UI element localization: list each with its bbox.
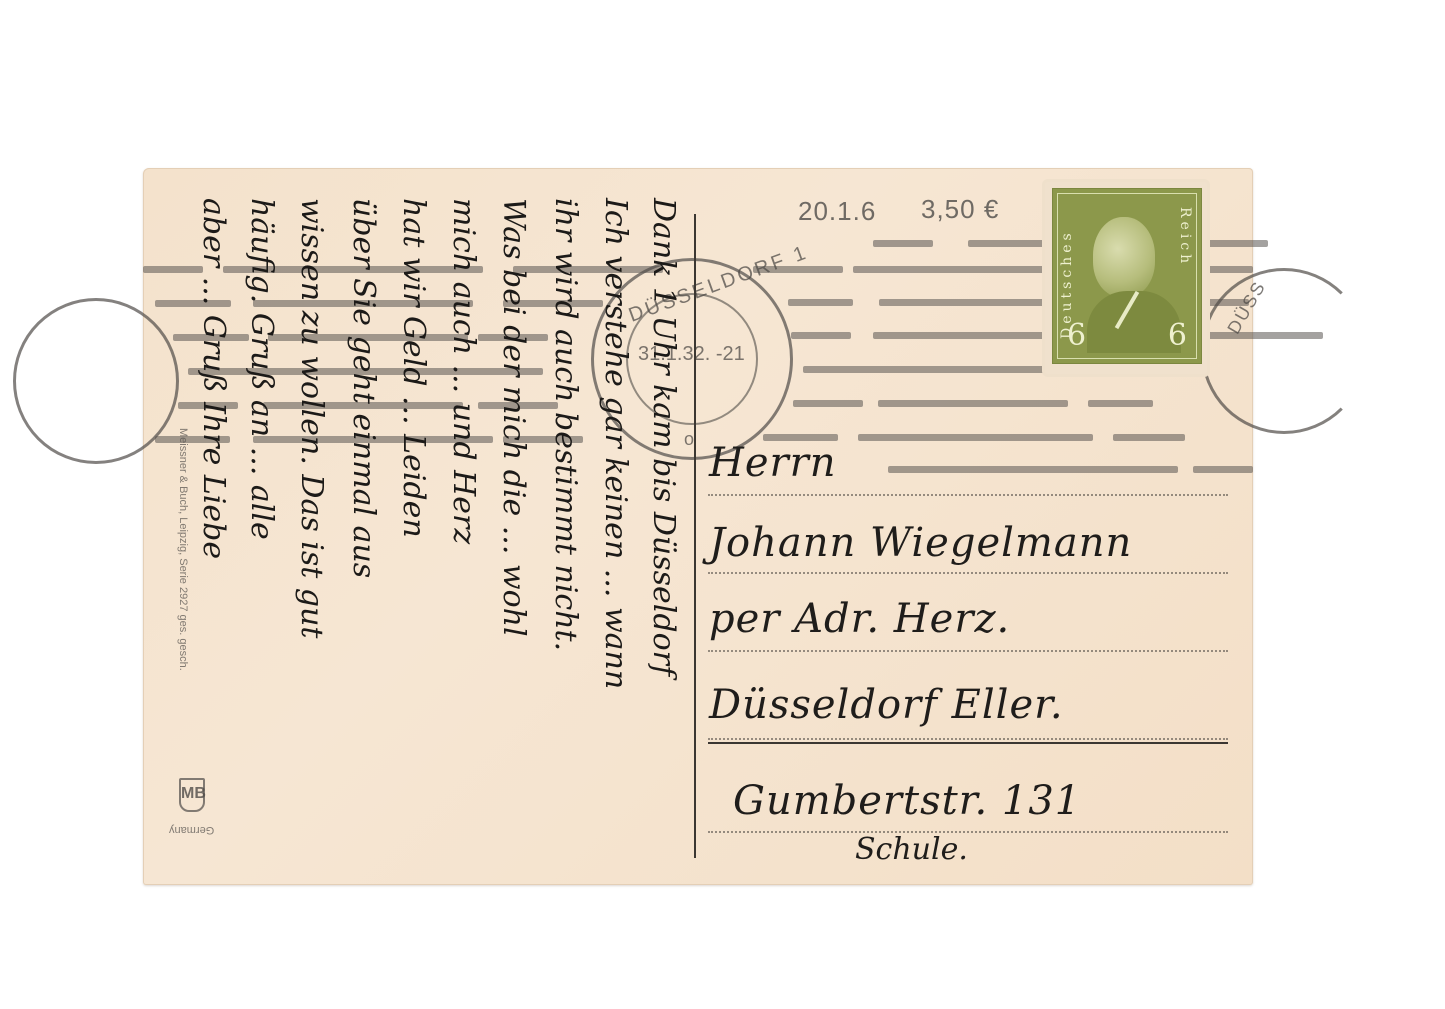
address-care-of: per Adr. Herz. (709, 596, 1010, 642)
stamp-value-left: 6 (1067, 318, 1086, 353)
imprint-country: Germany (169, 824, 214, 836)
postmark-right-partial: DÜSS (1201, 268, 1367, 434)
address-name: Johann Wiegelmann (709, 520, 1132, 566)
message-column: Ich verstehe gar keinen ... wann (598, 198, 633, 689)
stamp-portrait-icon (1093, 217, 1155, 297)
pencil-price: 3,50 € (921, 194, 999, 225)
message-column: wissen zu wollen. Das ist gut (294, 198, 329, 638)
publisher-logo-icon: MB (179, 778, 205, 812)
postmark-left-partial (13, 298, 179, 464)
message-column: ihr wird auch bestimmt nicht. (548, 198, 583, 651)
publisher-imprint: Meissner & Buch, Leipzig, Serie 2927 ges… (177, 428, 189, 671)
address-extra: Schule. (855, 832, 968, 867)
address-line-3 (708, 650, 1228, 652)
postmark-code: o (684, 429, 694, 450)
center-divider (694, 214, 696, 858)
pencil-code: 20.1.6 (798, 196, 876, 227)
address-line-1 (708, 494, 1228, 496)
message-column: mich auch ... und Herz (446, 198, 481, 544)
message-column: hat wir Geld ... Leiden (396, 198, 431, 538)
message-column: Was bei der mich die ... wohl (496, 198, 531, 637)
message-column: Dank 1 Uhr kam bis Düsseldorf (646, 198, 681, 676)
message-column: häufig. Gruß an ... alle (244, 198, 279, 540)
address-line-4 (708, 738, 1228, 740)
postcard: DÜSSELDORF 1 31.1.32. -21 o DÜSS 20.1.6 … (143, 168, 1253, 885)
message-column: aber ... Gruß Ihre Liebe (196, 198, 231, 559)
address-line-2 (708, 572, 1228, 574)
stamp-country-right: Reich (1177, 207, 1193, 267)
address-line-4-solid (708, 742, 1228, 744)
address-street: Gumbertstr. 131 (733, 778, 1081, 824)
stamp-value-right: 6 (1168, 318, 1187, 353)
message-column: über Sie geht einmal aus (346, 198, 381, 578)
postage-stamp: Deutsches Reich 6 6 (1052, 188, 1202, 364)
address-city: Düsseldorf Eller. (709, 682, 1064, 728)
postmark-right-city: DÜSS (1223, 277, 1270, 338)
address-line-5 (708, 831, 1228, 833)
address-salutation: Herrn (709, 440, 837, 486)
